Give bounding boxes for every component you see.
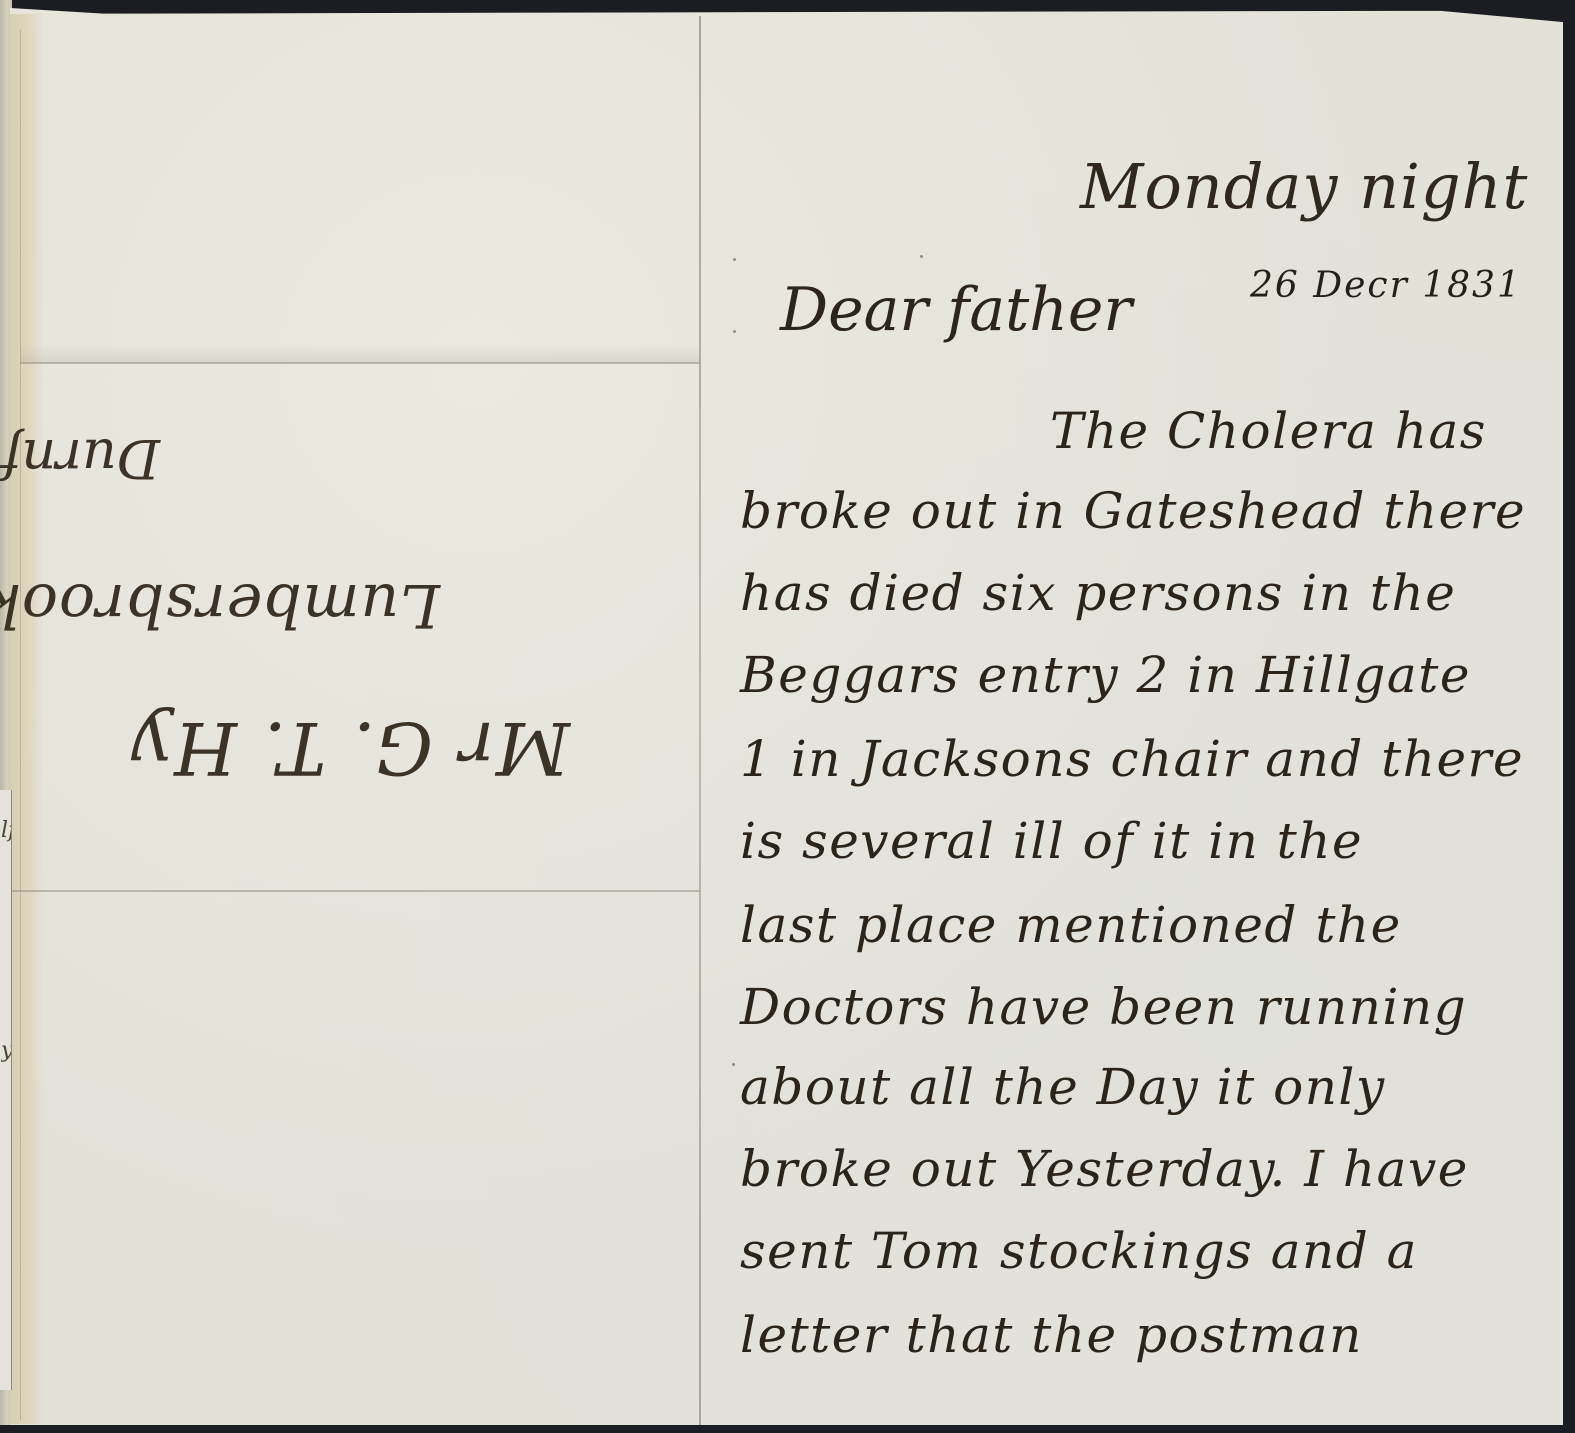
- horizontal-fold-top: [20, 362, 700, 364]
- paper-speck: [733, 330, 736, 333]
- paper-speck: [733, 258, 736, 261]
- paper-speck: [920, 255, 923, 258]
- letter-page: Monday night 26 Decr 1831 Dear father Th…: [720, 140, 1550, 1430]
- body-line: broke out Yesterday. I have: [740, 1140, 1469, 1198]
- stub-fragment: lf: [1, 820, 11, 842]
- body-line: has died six persons in the: [740, 564, 1456, 622]
- address-line-2: Lumbersbrook: [0, 570, 440, 640]
- salutation: Dear father: [780, 275, 1132, 345]
- address-line-3: Durnfeld: [0, 427, 160, 490]
- fold-shadow: [20, 345, 700, 363]
- address-panel: Mr G. T. Hy Lumbersbrook Durnfeld: [20, 380, 580, 800]
- vertical-fold: [699, 16, 701, 1428]
- margin-stub: lf y: [0, 790, 12, 1390]
- letter-heading: Monday night: [1080, 150, 1528, 223]
- scan-border-bottom: [0, 1425, 1575, 1433]
- address-recipient: Mr G. T. Hy: [130, 706, 570, 790]
- document-scan: lf y Mr G. T. Hy Lumbersbrook Durnfeld M…: [0, 0, 1575, 1433]
- body-line: last place mentioned the: [740, 896, 1402, 954]
- letter-date: 26 Decr 1831: [1250, 265, 1522, 306]
- paper-speck: [732, 1063, 735, 1066]
- body-line: Doctors have been running: [740, 978, 1467, 1036]
- body-line: sent Tom stockings and a: [740, 1222, 1418, 1280]
- body-line: The Cholera has: [1050, 402, 1487, 460]
- stub-fragment: y: [1, 1040, 11, 1062]
- body-line: Beggars entry 2 in Hillgate: [740, 646, 1471, 704]
- scan-border-right: [1563, 0, 1575, 1433]
- body-line: letter that the postman: [740, 1306, 1363, 1364]
- horizontal-fold-bottom: [12, 890, 700, 892]
- body-line: is several ill of it in the: [740, 812, 1363, 870]
- body-line: 1 in Jacksons chair and there: [740, 730, 1524, 788]
- body-line: broke out in Gateshead there: [740, 482, 1526, 540]
- body-line: about all the Day it only: [740, 1058, 1386, 1116]
